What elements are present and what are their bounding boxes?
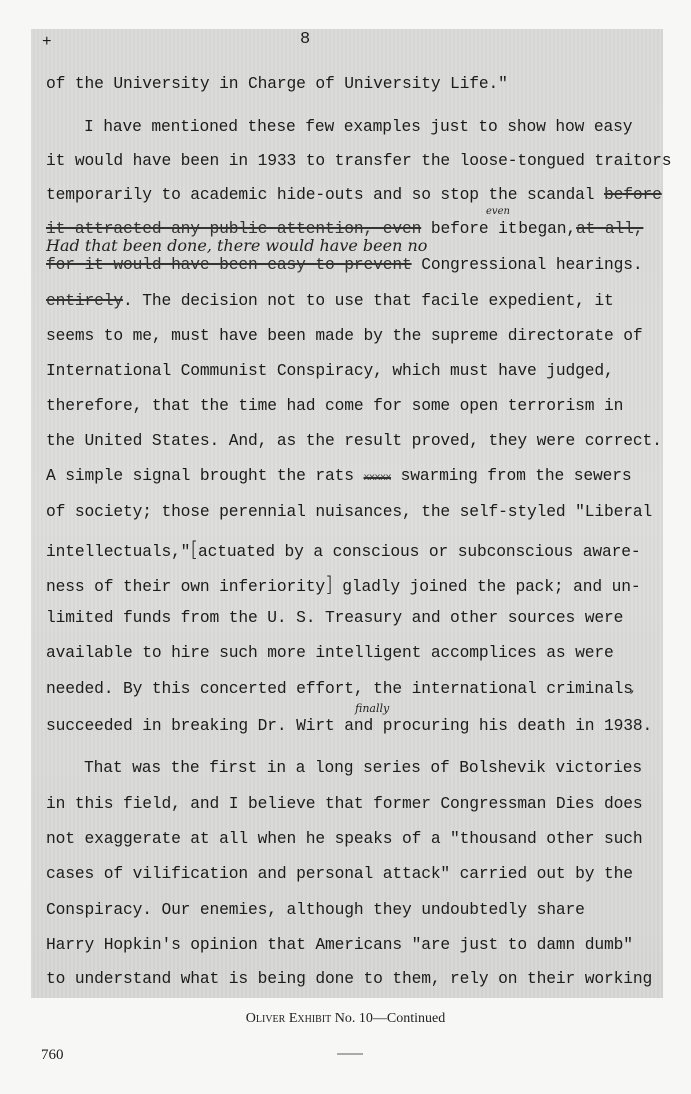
text-line: seems to me, must have been made by the …	[46, 326, 642, 345]
text-line: to understand what is being done to them…	[46, 969, 652, 988]
text-line: therefore, that the time had come for so…	[46, 396, 623, 415]
struck-text: xxxxx	[363, 473, 391, 484]
print-smudge	[337, 1053, 363, 1055]
handwritten-mark: ,	[630, 680, 634, 696]
text-line: That was the first in a long series of B…	[84, 758, 642, 777]
text: temporarily to academic hide-outs and so…	[46, 185, 604, 204]
text-line: it would have been in 1933 to transfer t…	[46, 151, 671, 170]
handwritten-insert: even	[486, 206, 510, 217]
text-line: of the University in Charge of Universit…	[46, 74, 508, 93]
text: intellectuals,"	[46, 542, 190, 561]
text-line: Conspiracy. Our enemies, although they u…	[46, 900, 585, 919]
text-line: limited funds from the U. S. Treasury an…	[46, 608, 623, 627]
corner-mark: +	[42, 33, 52, 51]
text: ness of their own inferiority	[46, 577, 325, 596]
struck-text: for it would have been easy to prevent	[46, 255, 412, 274]
text-line: ness of their own inferiority] gladly jo…	[46, 572, 641, 596]
text-line: succeeded in breaking Dr. Wirt and procu…	[46, 716, 652, 735]
struck-text: before	[604, 185, 662, 204]
text: A simple signal brought the rats	[46, 466, 363, 485]
text-line: needed. By this concerted effort, the in…	[46, 679, 633, 698]
text-line: temporarily to academic hide-outs and so…	[46, 185, 662, 204]
text: . The decision not to use that facile ex…	[123, 291, 614, 310]
exhibit-name: Oliver Exhibit	[246, 1011, 331, 1026]
text-line: International Communist Conspiracy, whic…	[46, 361, 614, 380]
text-line: in this field, and I believe that former…	[46, 794, 642, 813]
text: began,	[518, 219, 576, 238]
text-line: Harry Hopkin's opinion that Americans "a…	[46, 935, 633, 954]
struck-text: at all,	[576, 219, 643, 238]
folio-page-number: 760	[41, 1047, 64, 1064]
text-line: the United States. And, as the result pr…	[46, 431, 662, 450]
text: Congressional hearings.	[412, 255, 643, 274]
handwritten-insert: Had that been done, there would have bee…	[46, 236, 427, 255]
text-line: cases of vilification and personal attac…	[46, 864, 633, 883]
struck-text: entirely	[46, 291, 123, 310]
text-line: not exaggerate at all when he speaks of …	[46, 829, 642, 848]
text-line: A simple signal brought the rats xxxxx s…	[46, 466, 632, 485]
exhibit-number: No. 10—Continued	[335, 1011, 445, 1026]
text: gladly joined the pack; and un-	[333, 577, 641, 596]
text: before it	[421, 219, 517, 238]
text-line: intellectuals,"[actuated by a conscious …	[46, 537, 641, 561]
text-line: available to hire such more intelligent …	[46, 643, 614, 662]
text-line: of society; those perennial nuisances, t…	[46, 502, 652, 521]
text: swarming from the sewers	[391, 466, 632, 485]
exhibit-caption: Oliver Exhibit No. 10—Continued	[0, 1011, 691, 1027]
text-line: entirely. The decision not to use that f…	[46, 291, 614, 310]
text-line: for it would have been easy to prevent C…	[46, 255, 642, 274]
handwritten-bracket: [	[190, 537, 198, 561]
text: actuated by a conscious or subconscious …	[198, 542, 641, 561]
handwritten-bracket: ]	[325, 572, 333, 596]
handwritten-insert: finally	[355, 702, 389, 715]
text-line: I have mentioned these few examples just…	[84, 117, 632, 136]
typed-page-number: 8	[300, 30, 310, 49]
